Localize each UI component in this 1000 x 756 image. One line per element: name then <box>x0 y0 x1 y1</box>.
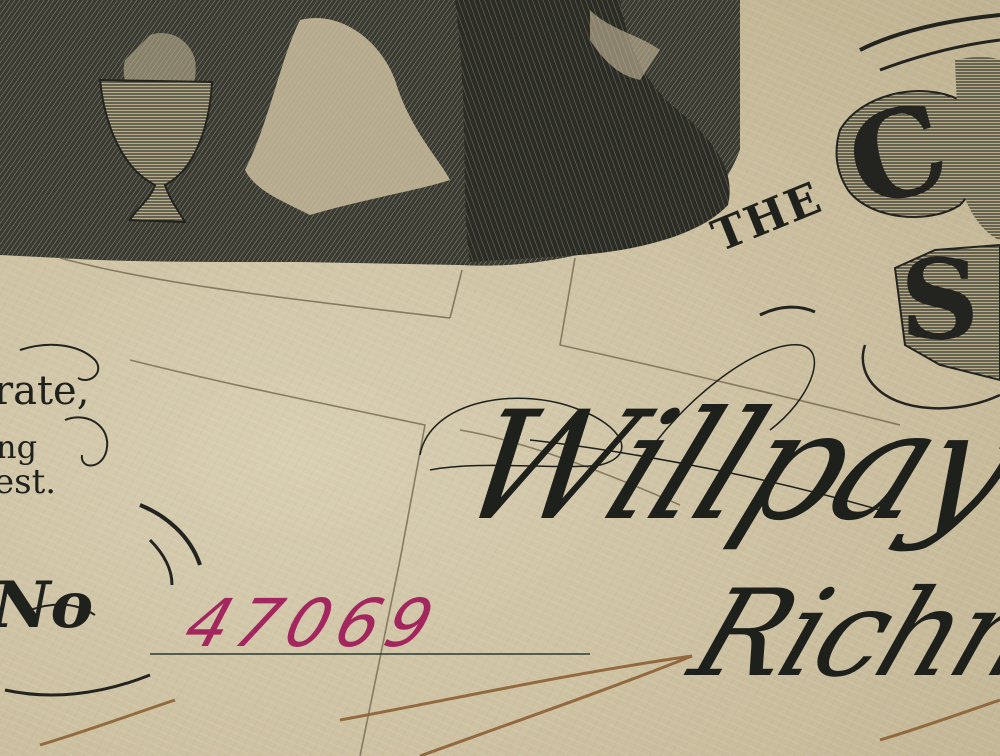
serial-number: 47069 <box>175 585 450 662</box>
will-pay-script: Willpay <box>435 380 1000 554</box>
emblem-letter-s: S <box>900 235 979 364</box>
ng-text: ng <box>0 428 37 466</box>
number-label: No <box>0 568 93 643</box>
rate-text: rate, <box>0 368 89 414</box>
richmond-script: Richm <box>675 565 1000 704</box>
banknote-photo: C S THE rate, ng est. No 47069 Willpay R… <box>0 0 1000 756</box>
est-text: est. <box>0 462 56 502</box>
vignette-engraving <box>0 0 740 266</box>
